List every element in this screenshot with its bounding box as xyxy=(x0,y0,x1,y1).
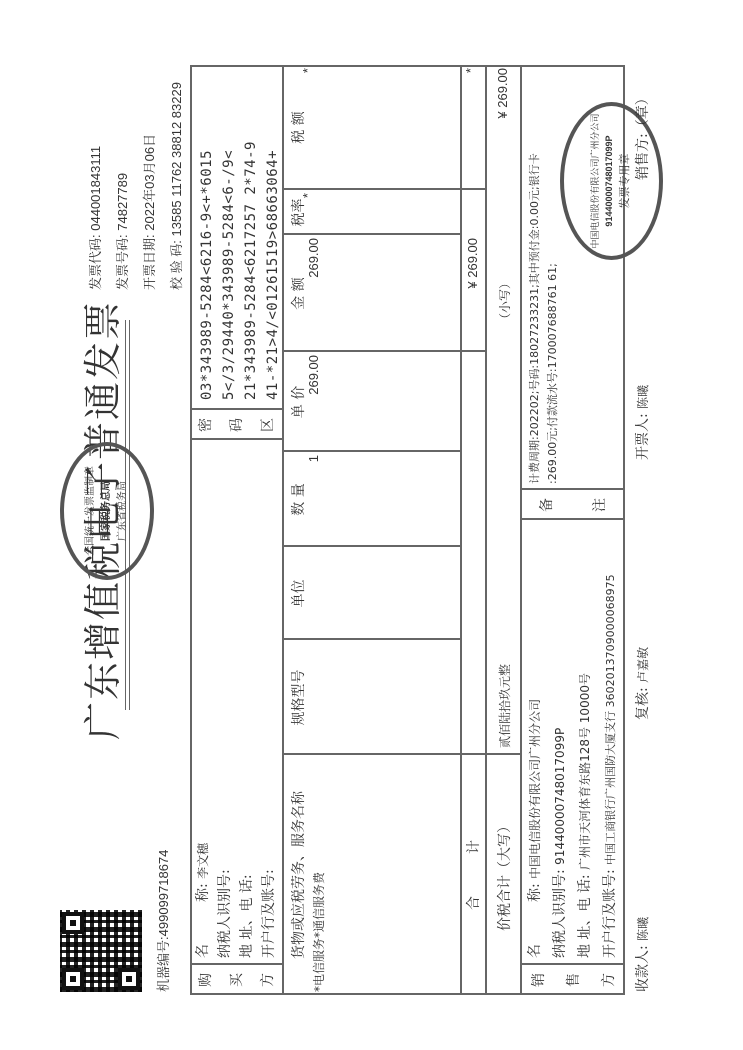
tax-bureau-seal: 全国统一发票监制章 国家税务总局 广东省税务局 xyxy=(60,442,154,580)
item-amount: 269.00 xyxy=(306,238,321,352)
issue-date: 开票日期: 2022年03月06日 xyxy=(136,82,163,290)
buyer-bank: 开户行及账号: xyxy=(258,448,280,958)
payee: 收款人: 陈曦 xyxy=(632,917,652,992)
buyer-address: 地 址、电 话: xyxy=(236,448,258,958)
item-tax: * xyxy=(300,68,315,190)
col-header-unit: 单位 xyxy=(288,547,308,640)
total-amount: ¥ 269.00 xyxy=(465,238,480,352)
buyer-tax-id: 纳税人识别号: xyxy=(214,448,236,958)
invoice-code: 发票代码: 044001843111 xyxy=(82,82,109,290)
cipher-text: 03*343989-5284<6216-9<+*6015 5</3/29440*… xyxy=(196,70,284,400)
cipher-side-label: 密 码 区 xyxy=(190,410,282,440)
total-tax: * xyxy=(463,68,478,190)
seller-address: 地 址、电 话: 广州市天河体育东路128号 10000号 xyxy=(573,518,598,958)
col-header-unit-price: 单 价 xyxy=(288,352,308,452)
col-header-amount: 金 额 xyxy=(288,235,308,352)
buyer-name: 名 称: 李文穗 xyxy=(192,448,214,958)
item-unit-price: 269.00 xyxy=(306,355,321,452)
seller-tax-id: 纳税人识别号: 91440000748017099P xyxy=(548,518,573,958)
reviewer: 复核: 卢嘉敏 xyxy=(632,647,652,720)
item-name: *电信服务*通信服务费 xyxy=(310,757,327,992)
grand-total-lowercase-label: （小写） xyxy=(496,277,513,325)
grand-total-lowercase: ¥ 269.00 xyxy=(495,68,510,190)
total-label: 合 计 xyxy=(463,755,483,995)
remarks-text: 计费周期:202202;号码:18027233231;其中预付金:0.00元;银… xyxy=(526,69,562,484)
item-tax-rate: * xyxy=(300,193,315,235)
seller-stamp-label: 销售方:（章） xyxy=(632,91,652,180)
check-code: 校 验 码: 13585 11762 38812 83229 xyxy=(163,82,190,290)
remarks-side-label: 备 注 xyxy=(520,490,625,520)
machine-number: 机器编号:499099718674 xyxy=(150,850,177,992)
invoice-number: 发票号码: 74827789 xyxy=(109,82,136,290)
seller-side-label: 销 售 方 xyxy=(520,965,625,995)
col-header-spec: 规格型号 xyxy=(288,640,308,755)
grand-total-uppercase: 贰佰陆拾玖元整 xyxy=(496,664,513,748)
invoice-page: 机器编号:499099718674 广东增值税电子普通发票 全国统一发票监制章 … xyxy=(0,0,743,1050)
buyer-side-label: 购 买 方 xyxy=(190,965,282,995)
col-header-name: 货物或应税劳务、服务名称 xyxy=(288,755,308,995)
invoice-header-info: 发票代码: 044001843111 发票号码: 74827789 开票日期: … xyxy=(82,82,190,290)
col-header-quantity: 数 量 xyxy=(288,452,308,547)
issuer: 开票人: 陈曦 xyxy=(632,385,652,460)
seller-info: 名 称: 中国电信股份有限公司广州分公司 纳税人识别号: 91440000748… xyxy=(523,518,623,958)
grand-total-label: 价税合计（大写） xyxy=(494,755,514,995)
qr-code-icon xyxy=(60,910,142,992)
item-quantity: 1 xyxy=(306,455,321,547)
seller-name: 名 称: 中国电信股份有限公司广州分公司 xyxy=(523,518,548,958)
seller-bank: 开户行及账号: 中国工商银行广州国防大厦支行 36020137090000689… xyxy=(598,518,623,958)
buyer-info: 名 称: 李文穗 纳税人识别号: 地 址、电 话: 开户行及账号: xyxy=(192,448,280,958)
